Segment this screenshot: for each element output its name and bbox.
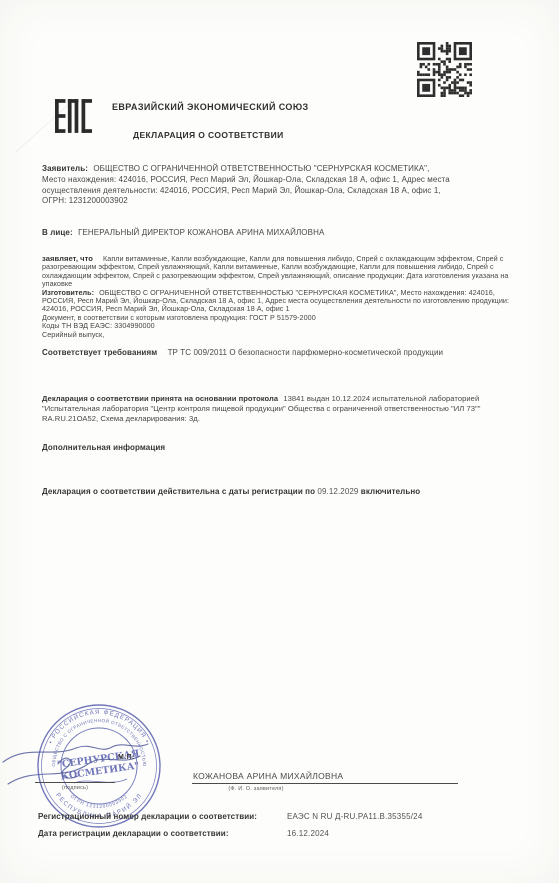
tnved-codes-line: Коды ТН ВЭД ЕАЭС: 3304990000 (42, 322, 520, 330)
in-person-text: ГЕНЕРАЛЬНЫЙ ДИРЕКТОР КОЖАНОВА АРИНА МИХА… (78, 228, 324, 237)
applicant-text: ОБЩЕСТВО С ОГРАНИЧЕННОЙ ОТВЕТСТВЕННОСТЬЮ… (42, 164, 450, 205)
eac-logo-icon (55, 95, 92, 137)
union-name: ЕВРАЗИЙСКИЙ ЭКОНОМИЧЕСКИЙ СОЮЗ (112, 102, 309, 112)
in-person-label: В лице: (42, 228, 73, 237)
additional-info-label: Дополнительная информация (42, 443, 165, 454)
basis-label: Декларация о соответствии принята на осн… (42, 394, 278, 403)
declares-block: заявляет, что Капли витаминные, Капли во… (42, 255, 520, 339)
mp-seal-mark: М.П. (118, 754, 134, 761)
name-line (192, 783, 458, 784)
products-paragraph: заявляет, что Капли витаминные, Капли во… (42, 254, 508, 288)
validity-suffix: включительно (361, 487, 420, 496)
registration-number-value: ЕАЭС N RU Д-RU.РА11.В.35355/24 (287, 812, 422, 821)
applicant-label: Заявитель: (42, 164, 88, 173)
registration-number-label: Регистрационный номер декларации о соотв… (38, 812, 257, 821)
compliance-label: Соответствует требованиям (42, 348, 157, 357)
signature-caption: (подпись) (35, 785, 115, 791)
basis-paragraph: Декларация о соответствии принята на осн… (42, 394, 512, 424)
applicant-name: КОЖАНОВА АРИНА МИХАЙЛОВНА (193, 771, 343, 781)
manufacturer-paragraph: Изготовитель: ОБЩЕСТВО С ОГРАНИЧЕННОЙ ОТ… (42, 289, 520, 314)
registration-date-value: 16.12.2024 (287, 829, 329, 838)
compliance-text: ТР ТС 009/2011 О безопасности парфюмерно… (168, 348, 444, 357)
validity-date: 09.12.2029 (317, 487, 358, 496)
applicant-paragraph: Заявитель: ОБЩЕСТВО С ОГРАНИЧЕННОЙ ОТВЕТ… (42, 164, 454, 207)
serial-issue-line: Серийный выпуск, (42, 331, 520, 339)
qr-code (417, 42, 472, 97)
signature-line (35, 782, 115, 783)
compliance-paragraph: Соответствует требованиям ТР ТС 009/2011… (42, 348, 482, 359)
document-title: ДЕКЛАРАЦИЯ О СООТВЕТСТВИИ (133, 130, 284, 140)
validity-label: Декларация о соответствии действительна … (42, 487, 315, 496)
in-person-line: В лице: ГЕНЕРАЛЬНЫЙ ДИРЕКТОР КОЖАНОВА АР… (42, 228, 512, 239)
registration-date-label: Дата регистрации декларации о соответств… (38, 829, 229, 838)
name-caption: (Ф. И. О. заявителя) (193, 786, 319, 792)
products-text: Капли витаминные, Капли возбуждающие, Ка… (42, 254, 508, 288)
manufacturer-text: ОБЩЕСТВО С ОГРАНИЧЕННОЙ ОТВЕТСТВЕННОСТЬЮ… (42, 288, 509, 314)
validity-line: Декларация о соответствии действительна … (42, 487, 522, 498)
declaration-document: ЕВРАЗИЙСКИЙ ЭКОНОМИЧЕСКИЙ СОЮЗ ДЕКЛАРАЦИ… (0, 0, 559, 883)
